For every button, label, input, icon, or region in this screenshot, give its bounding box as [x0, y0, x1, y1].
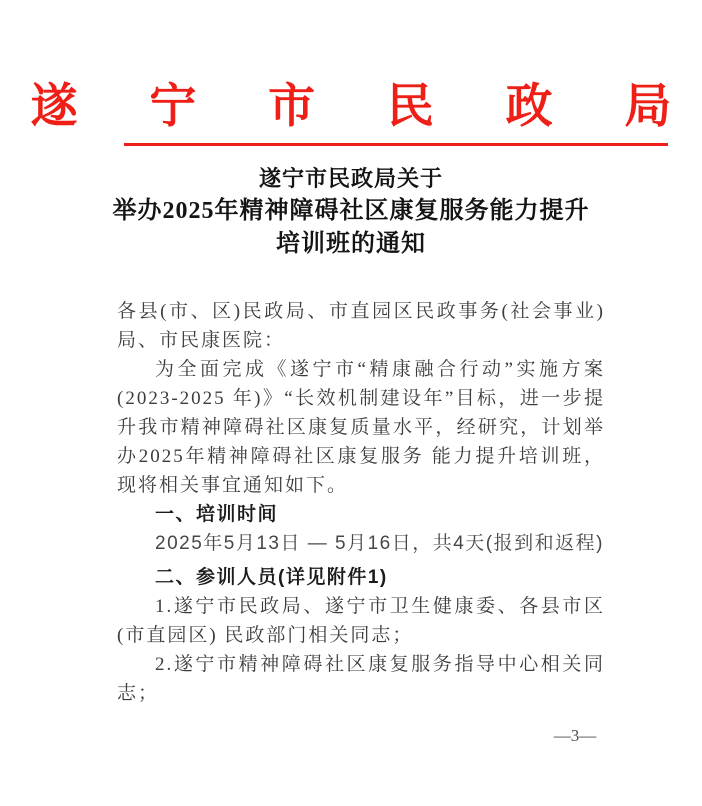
participant-item-2: 2.遂宁市精神障碍社区康复服务指导中心相关同志； [117, 650, 605, 708]
notice-title-line-3: 培训班的通知 [0, 228, 702, 260]
training-time-line: 2025年5月13日 — 5月16日，共4天(报到和返程) [117, 529, 605, 558]
participant-item-1: 1.遂宁市民政局、遂宁市卫生健康委、各县市区(市直园区) 民政部门相关同志； [117, 592, 605, 650]
notice-title-line-1: 遂宁市民政局关于 [0, 162, 702, 195]
notice-title-line-2: 举办2025年精神障碍社区康复服务能力提升 [0, 195, 702, 228]
notice-title: 遂宁市民政局关于 举办2025年精神障碍社区康复服务能力提升 培训班的通知 [0, 162, 702, 260]
masthead-divider-line [124, 143, 668, 146]
section-2-heading: 二、参训人员(详见附件1) [117, 563, 605, 592]
intro-paragraph: 为全面完成《遂宁市“精康融合行动”实施方案(2023-2025 年)》“长效机制… [117, 355, 605, 500]
agency-masthead: 遂 宁 市 民 政 局 [0, 80, 702, 134]
page-number: —3— [540, 726, 610, 746]
notice-body: 各县(市、区)民政局、市直园区民政事务(社会事业)局、市民康医院： 为全面完成《… [117, 297, 605, 708]
salutation: 各县(市、区)民政局、市直园区民政事务(社会事业)局、市民康医院： [117, 297, 605, 355]
section-1-heading: 一、培训时间 [117, 500, 605, 529]
document-page: 遂 宁 市 民 政 局 遂宁市民政局关于 举办2025年精神障碍社区康复服务能力… [0, 0, 702, 806]
